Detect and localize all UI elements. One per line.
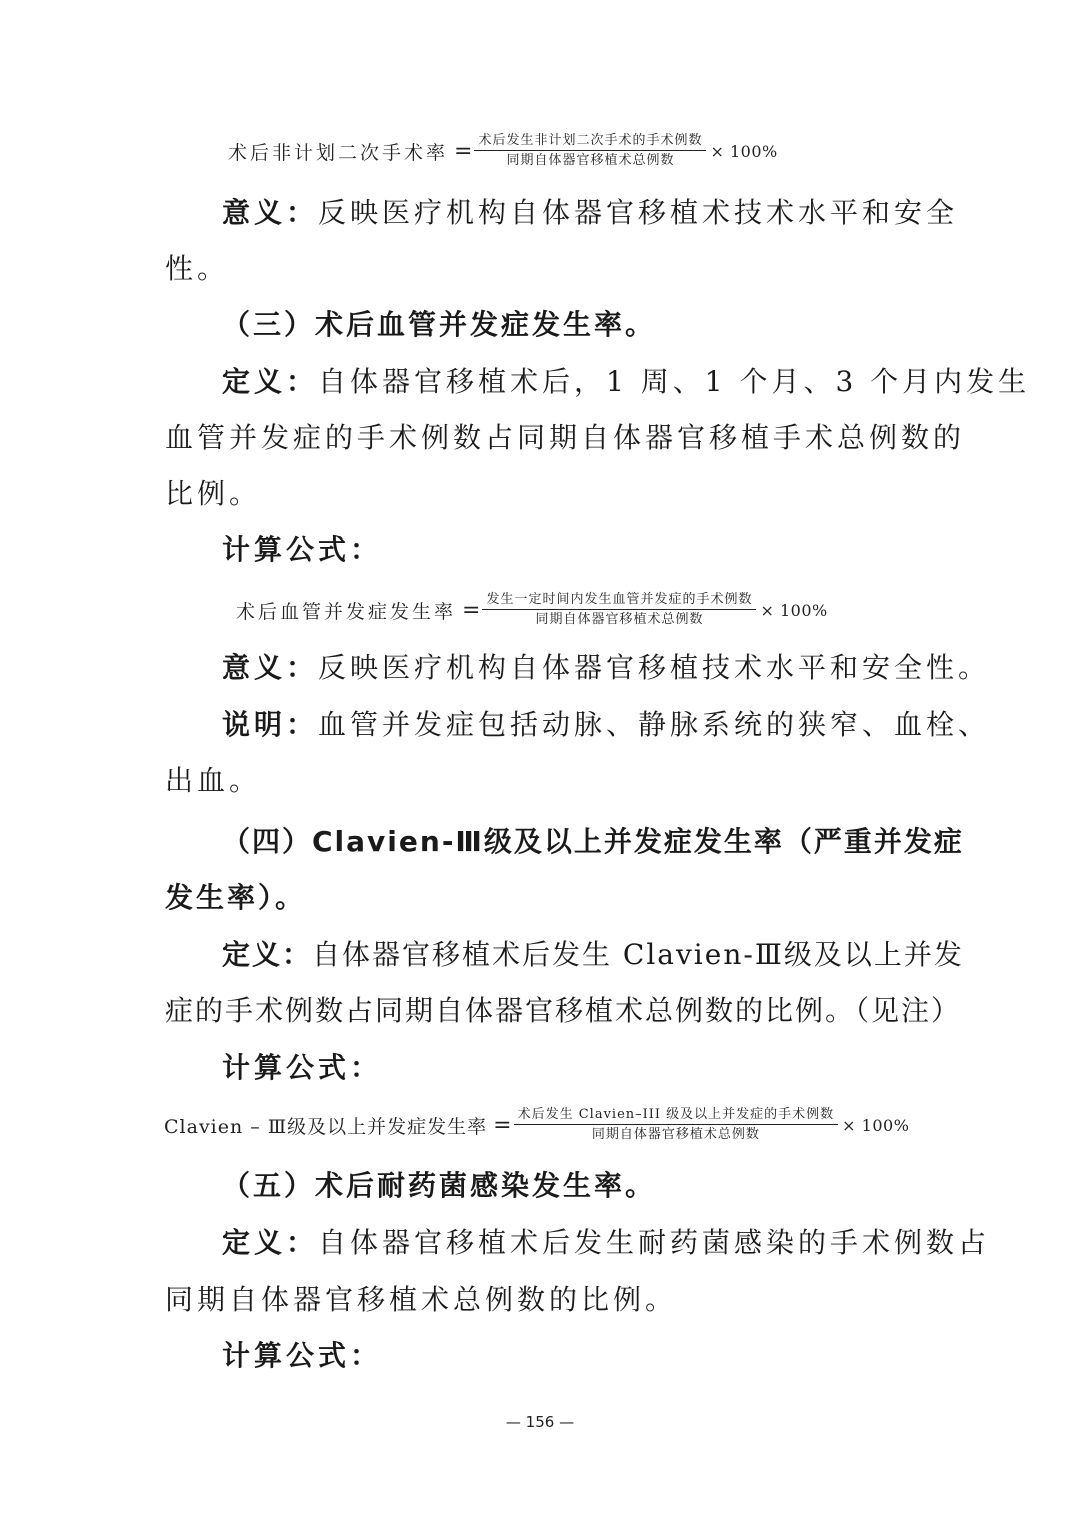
equals-sign: = [462,598,480,623]
formula-vascular-complication-rate: 术后血管并发症发生率 = 发生一定时间内发生血管并发症的手术例数 同期自体器官移… [236,592,828,628]
denominator: 同期自体器官移植术总例数 [535,610,703,628]
document-page: 术后非计划二次手术率 = 术后发生非计划二次手术的手术例数 同期自体器官移植术总… [0,0,1080,1526]
section-heading-3: （三）术后血管并发症发生率。 [222,305,656,345]
definition-line-2: 血管并发症的手术例数占同期自体器官移植手术总例数的 [165,418,965,458]
numerator: 术后发生 Clavien–III 级及以上并发症的手术例数 [514,1107,839,1125]
formula-lhs: 术后血管并发症发生率 [236,597,456,624]
denominator: 同期自体器官移植术总例数 [592,1125,760,1143]
meaning-label: 意义： [222,196,318,229]
numerator: 发生一定时间内发生血管并发症的手术例数 [482,592,756,610]
definition-label: 定义： [222,365,318,398]
multiplier: × 100% [760,601,827,620]
fraction: 术后发生非计划二次手术的手术例数 同期自体器官移植术总例数 [474,133,706,169]
definition-line-2: 同期自体器官移植术总例数的比例。 [165,1280,677,1320]
calc-formula-label: 计算公式： [222,1048,382,1088]
definition-paragraph: 定义：自体器官移植术后发生耐药菌感染的手术例数占 [222,1223,990,1263]
definition-text: 自体器官移植术后发生 Clavien-Ⅲ级及以上并发 [312,938,964,971]
formula-lhs: 术后非计划二次手术率 [228,138,448,165]
meaning-paragraph-cont: 性。 [165,249,229,289]
formula-clavien-iii-rate: Clavien – Ⅲ级及以上并发症发生率 = 术后发生 Clavien–III… [164,1107,909,1143]
meaning-label: 意义： [222,651,318,684]
definition-text: 自体器官移植术后，1 周、1 个月、3 个月内发生 [318,365,1030,398]
meaning-paragraph: 意义：反映医疗机构自体器官移植术技术水平和安全 [222,193,958,233]
calc-formula-label: 计算公式： [222,530,382,570]
fraction: 术后发生 Clavien–III 级及以上并发症的手术例数 同期自体器官移植术总… [514,1107,839,1143]
note-text: 血管并发症包括动脉、静脉系统的狭窄、血栓、 [318,708,990,741]
multiplier: × 100% [710,142,777,161]
definition-label: 定义： [222,938,312,971]
note-paragraph: 说明：血管并发症包括动脉、静脉系统的狭窄、血栓、 [222,705,990,745]
page-number: — 156 — [0,1413,1080,1431]
formula-lhs: Clavien – Ⅲ级及以上并发症发生率 [164,1112,487,1139]
section-heading-4-cont: 发生率）。 [165,878,306,918]
definition-label: 定义： [222,1226,318,1259]
numerator: 术后发生非计划二次手术的手术例数 [474,133,706,151]
calc-formula-label: 计算公式： [222,1336,382,1376]
note-label: 说明： [222,708,318,741]
multiplier: × 100% [842,1116,909,1135]
note-line-2: 出血。 [165,761,261,801]
section-heading-5: （五）术后耐药菌感染发生率。 [222,1166,656,1206]
definition-paragraph: 定义：自体器官移植术后，1 周、1 个月、3 个月内发生 [222,362,1030,402]
denominator: 同期自体器官移植术总例数 [506,151,674,169]
definition-text: 自体器官移植术后发生耐药菌感染的手术例数占 [318,1226,990,1259]
meaning-text: 反映医疗机构自体器官移植术技术水平和安全 [318,196,958,229]
section-heading-4: （四）Clavien-Ⅲ级及以上并发症发生率（严重并发症 [222,822,964,862]
definition-line-2: 症的手术例数占同期自体器官移植术总例数的比例。（见注） [165,991,961,1031]
equals-sign: = [454,139,472,164]
meaning-text: 反映医疗机构自体器官移植技术水平和安全性。 [318,651,990,684]
definition-line-3: 比例。 [165,474,261,514]
meaning-paragraph: 意义：反映医疗机构自体器官移植技术水平和安全性。 [222,648,990,688]
fraction: 发生一定时间内发生血管并发症的手术例数 同期自体器官移植术总例数 [482,592,756,628]
formula-unplanned-reoperation-rate: 术后非计划二次手术率 = 术后发生非计划二次手术的手术例数 同期自体器官移植术总… [228,133,778,169]
equals-sign: = [493,1113,511,1138]
definition-paragraph: 定义：自体器官移植术后发生 Clavien-Ⅲ级及以上并发 [222,935,964,975]
